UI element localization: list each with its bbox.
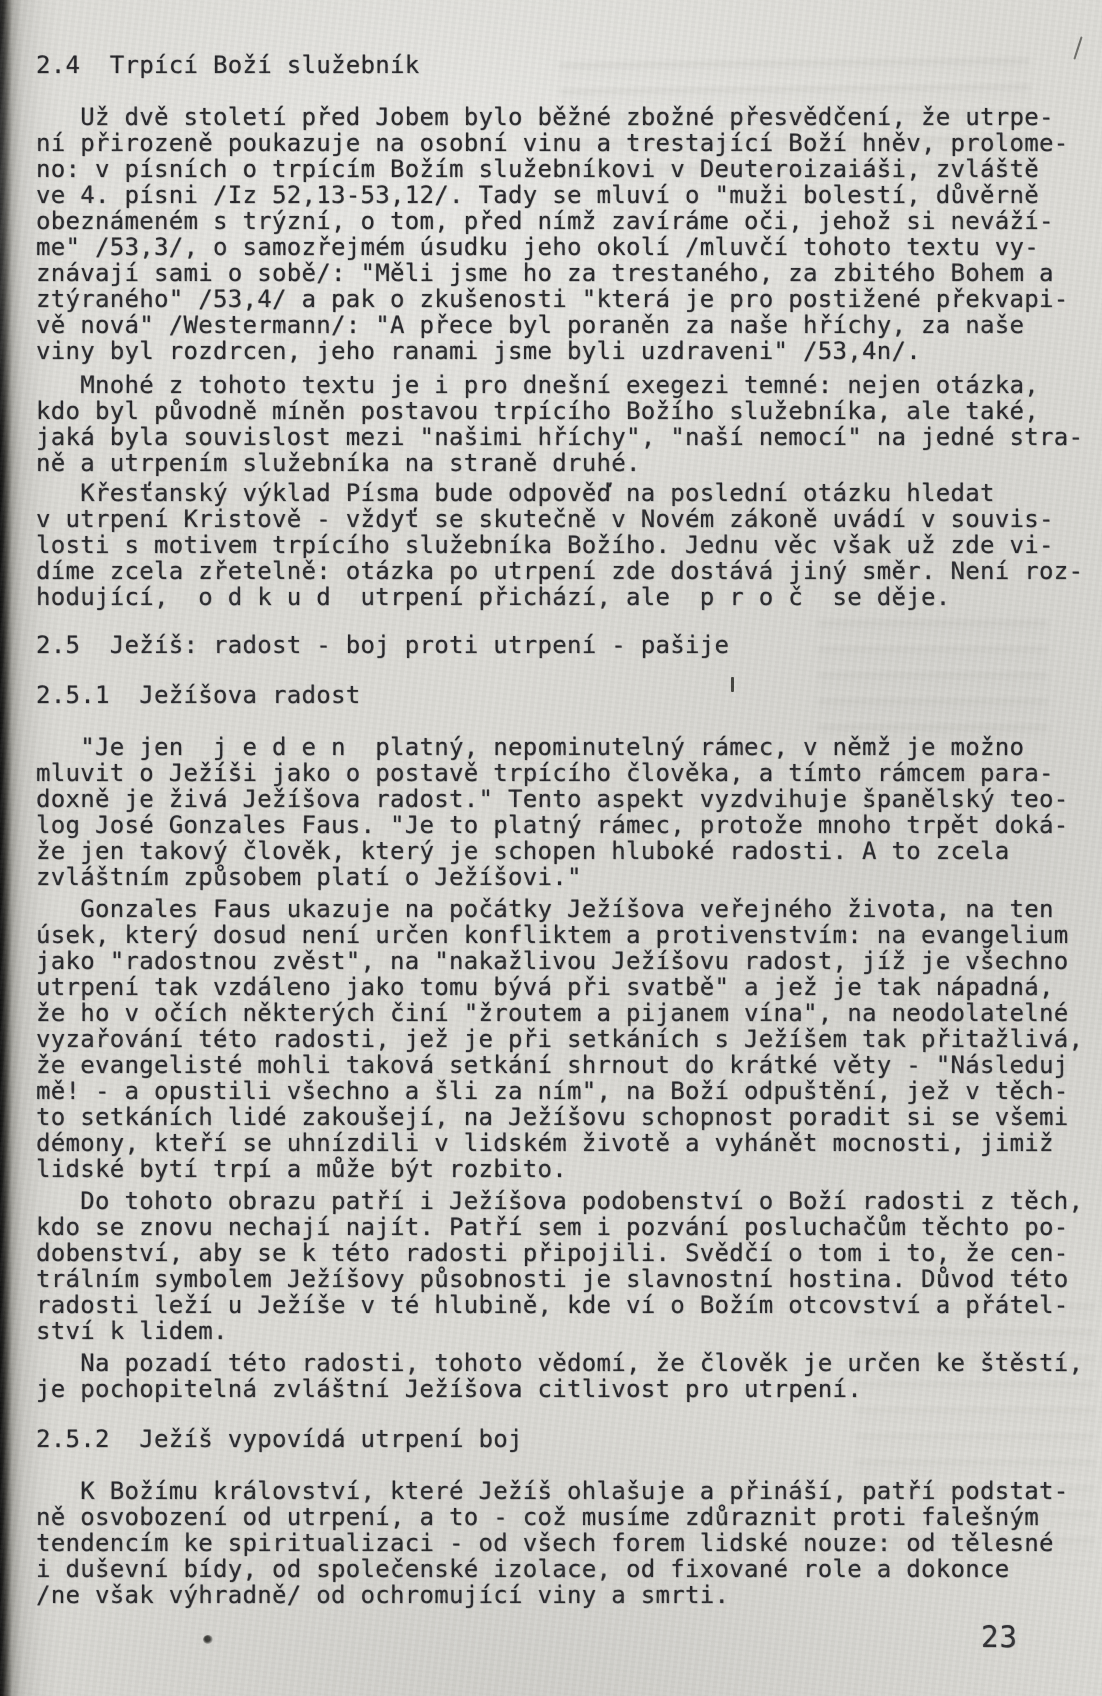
heading-2-5-1: 2.5.1 Ježíšova radost bbox=[36, 682, 360, 708]
heading-2-5: 2.5 Ježíš: radost - boj proti utrpení - … bbox=[36, 632, 729, 658]
heading-2-4: 2.4 Trpící Boží služebník bbox=[36, 52, 419, 78]
pen-slash-mark bbox=[1073, 36, 1082, 59]
paragraph-exegesis-questions: Mnohé z tohoto textu je i pro dnešní exe… bbox=[36, 372, 1083, 476]
paragraph-one-valid-frame: "Je jen j e d e n platný, nepominutelný … bbox=[36, 734, 1068, 890]
paragraph-kingdom-liberation: K Božímu království, které Ježíš ohlašuj… bbox=[36, 1478, 1068, 1608]
paragraph-parables-of-joy: Do tohoto obrazu patří i Ježíšova podobe… bbox=[36, 1188, 1083, 1344]
paragraph-suffering-servant-intro: Už dvě století před Jobem bylo běžné zbo… bbox=[36, 104, 1068, 364]
paragraph-christian-interpretation: Křesťanský výklad Písma bude odpověď na … bbox=[36, 480, 1083, 610]
paragraph-sensitivity: Na pozadí této radosti, tohoto vědomí, ž… bbox=[36, 1350, 1083, 1402]
scanned-page: 2.4 Trpící Boží služebník Už dvě století… bbox=[0, 0, 1102, 1696]
stray-tick-mark bbox=[731, 677, 734, 692]
paragraph-gonzales-faus: Gonzales Faus ukazuje na počátky Ježíšov… bbox=[36, 896, 1083, 1182]
heading-2-5-2: 2.5.2 Ježíš vypovídá utrpení boj bbox=[36, 1426, 523, 1452]
bleedthrough-ghost-text-middle bbox=[818, 612, 1048, 737]
ink-smudge bbox=[203, 1635, 213, 1644]
page-number: 23 bbox=[981, 1624, 1018, 1650]
